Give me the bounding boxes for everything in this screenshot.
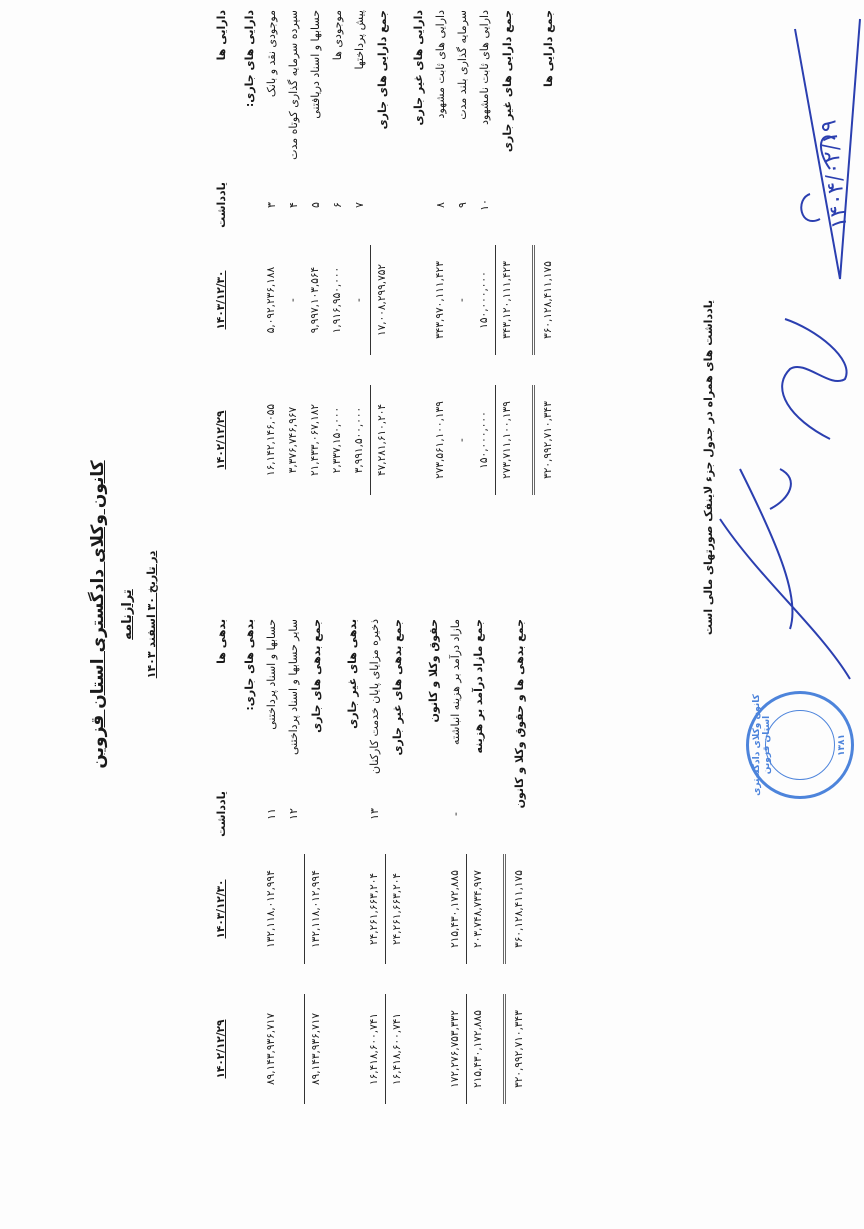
row-label: موجودی نقد و بانک [265,10,278,180]
row-value-1402: ۳,۹۹۱,۵۰۰,۰۰۰ [353,370,365,510]
row-value-1403: ۱۳۲,۱۱۸,۰۱۲,۹۹۴ [265,839,277,979]
row-label: ذخیره مزایای پایان خدمت کارکنان [368,619,381,789]
col-1402-heading: ۱۴۰۲/۱۲/۲۹ [215,370,227,510]
col-1403-heading: ۱۴۰۳/۱۲/۳۰ [215,839,227,979]
row-value-1402: ۱۶,۴۱۸,۶۰۰,۷۴۱ [368,979,380,1119]
total-label: جمع مازاد درآمد بر هزینه [472,619,485,789]
total-1403: ۲۰۳,۷۴۸,۷۳۴,۹۷۷ [472,839,484,979]
noncurrent-liabilities-total: جمع بدهی های غیر جاری ۲۴,۲۶۱,۶۶۳,۲۰۴ ۱۶,… [386,619,408,1209]
row-value-1403: - [456,230,468,370]
table-row: مازاد درآمد بر هزینه انباشته-۲۱۵,۴۳۰,۱۷۲… [444,619,466,1209]
noncurrent-assets-section: دارایی های غیر جاری [407,10,429,620]
note-heading: یادداشت [215,180,228,230]
table-row: سرمایه گذاری بلند مدت۹-- [451,10,473,620]
signature-icon [700,429,860,689]
row-value-1403: ۱,۹۱۶,۹۵۰,۰۰۰ [331,230,343,370]
row-label: پیش پرداختها [353,10,366,180]
liabilities-table: بدهی ها یادداشت ۱۴۰۳/۱۲/۳۰ ۱۴۰۲/۱۲/۲۹ بد… [210,619,530,1209]
stamp-inner-ring [765,710,835,780]
balance-sheet-page: کانون وکلای دادگستری استان قزوین ترازنام… [0,0,864,1229]
liabilities-heading: بدهی ها [215,619,228,789]
noncurrent-assets-total: جمع دارایی های غیر جاری ۳۴۳,۱۲۰,۱۱۱,۴۲۳ … [496,10,518,620]
table-row: دارایی های ثابت نامشهود۱۰۱۵۰,۰۰۰,۰۰۰۱۵۰,… [473,10,495,620]
row-value-1403: ۲۴,۲۶۱,۶۶۳,۲۰۴ [368,839,380,979]
official-stamp: کانون وکلای دادگستری استان قزوین ۱۳۸۱ [746,691,854,799]
section-label: بدهی های جاری: [243,619,256,789]
table-row: موجودی ها۶۱,۹۱۶,۹۵۰,۰۰۰۲,۳۳۷,۱۵۰,۰۰۰ [326,10,348,620]
total-1402: ۱۶,۴۱۸,۶۰۰,۷۴۱ [391,979,403,1119]
equity-section: حقوق وکلا و کانون [422,619,444,1209]
row-value-1403: ۹,۹۹۷,۱۰۳,۵۶۴ [309,230,321,370]
total-label: جمع دارایی های جاری [376,10,389,180]
row-note: ۳ [265,180,278,230]
row-label: حسابها و اسناد پرداختنی [265,619,278,789]
row-label: موجودی ها [331,10,344,180]
total-1402: ۲۱۵,۴۳۰,۱۷۲,۸۸۵ [472,979,484,1119]
row-note: ۸ [434,180,447,230]
row-value-1402: ۲,۳۳۷,۱۵۰,۰۰۰ [331,370,343,510]
row-note: ۷ [353,180,366,230]
handwritten-date: ۱۴۰۴/۰۲/۱۹ [816,119,852,230]
total-1403: ۳۶۰,۱۲۸,۴۱۱,۱۷۵ [513,839,525,979]
equity-total: جمع مازاد درآمد بر هزینه ۲۰۳,۷۴۸,۷۳۴,۹۷۷… [467,619,489,1209]
table-row: ذخیره مزایای پایان خدمت کارکنان۱۳۲۴,۲۶۱,… [363,619,385,1209]
row-value-1403: ۵,۰۹۲,۲۳۶,۱۸۸ [265,230,277,370]
assets-heading: دارایی ها [215,10,228,180]
row-label: حسابها و اسناد دریافتنی [309,10,322,180]
row-value-1402: ۱۶,۱۴۲,۱۴۶,۰۵۵ [265,370,277,510]
row-value-1402: - [456,370,468,510]
row-value-1402: ۲۷۳,۵۶۱,۱۰۰,۱۳۹ [434,370,446,510]
table-row: پیش پرداختها۷-۳,۹۹۱,۵۰۰,۰۰۰ [348,10,370,620]
row-note: ۱۲ [287,789,300,839]
row-value-1402: ۸۹,۱۴۳,۹۳۶,۷۱۷ [265,979,277,1119]
row-value-1402: ۱۷۲,۲۷۶,۷۵۳,۳۳۲ [449,979,461,1119]
total-1402: ۳۲۰,۹۹۲,۷۱۰,۳۴۳ [542,370,554,510]
section-label: بدهی های غیر جاری [346,619,359,789]
col-1402-heading: ۱۴۰۲/۱۲/۲۹ [215,979,227,1119]
stamp-text: کانون وکلای دادگستری استان قزوین [752,694,772,796]
row-note: ۱۱ [265,789,278,839]
row-value-1402: ۳,۳۷۶,۷۴۶,۹۶۷ [287,370,299,510]
table-row: سپرده سرمایه گذاری کوتاه مدت۴-۳,۳۷۶,۷۴۶,… [282,10,304,620]
footer-note: یادداشت های همراه در جدول جزء لاینفک صور… [702,300,715,635]
current-liabilities-total: جمع بدهی های جاری ۱۳۲,۱۱۸,۰۱۲,۹۹۴ ۸۹,۱۴۳… [305,619,327,1209]
total-label: جمع دارایی های غیر جاری [501,10,514,180]
total-1402: ۴۷,۲۸۱,۶۱۰,۲۰۴ [376,370,388,510]
current-assets-section: دارایی های جاری: [238,10,260,620]
table-row: سایر حسابها و اسناد پرداختنی۱۲ [282,619,304,1209]
row-value-1403: - [287,230,299,370]
assets-table: دارایی ها یادداشت ۱۴۰۳/۱۲/۳۰ ۱۴۰۲/۱۲/۲۹ … [210,10,559,620]
total-1403: ۱۷,۰۰۸,۲۹۹,۷۵۲ [376,230,388,370]
assets-header: دارایی ها یادداشت ۱۴۰۳/۱۲/۳۰ ۱۴۰۲/۱۲/۲۹ [210,10,232,620]
table-row: موجودی نقد و بانک۳۵,۰۹۲,۲۳۶,۱۸۸۱۶,۱۴۲,۱۴… [260,10,282,620]
total-label: جمع بدهی های غیر جاری [391,619,404,789]
row-note: ۵ [309,180,322,230]
row-label: سرمایه گذاری بلند مدت [456,10,469,180]
section-label: دارایی های غیر جاری [412,10,425,180]
document-title: کانون وکلای دادگستری استان قزوین [88,0,108,1229]
row-label: سپرده سرمایه گذاری کوتاه مدت [287,10,300,180]
noncurrent-liabilities-section: بدهی های غیر جاری [341,619,363,1209]
row-note: ۹ [456,180,469,230]
row-note: - [449,789,462,839]
row-label: دارایی های ثابت مشهود [434,10,447,180]
section-label: حقوق وکلا و کانون [427,619,440,789]
row-label: سایر حسابها و اسناد پرداختنی [287,619,300,789]
total-1403: ۱۳۲,۱۱۸,۰۱۲,۹۹۴ [310,839,322,979]
row-value-1403: - [353,230,365,370]
document-date: در تاریخ ۳۰ اسفند ۱۴۰۳ [145,0,158,1229]
total-label: جمع بدهی ها و حقوق وکلا و کانون [513,619,526,789]
total-1402: ۸۹,۱۴۳,۹۳۶,۷۱۷ [310,979,322,1119]
document-subtitle: ترازنامه [120,0,135,1229]
row-value-1403: ۲۱۵,۴۳۰,۱۷۲,۸۸۵ [449,839,461,979]
section-label: دارایی های جاری: [243,10,256,180]
total-assets: جمع دارایی ها ۳۶۰,۱۲۸,۴۱۱,۱۷۵ ۳۲۰,۹۹۲,۷۱… [537,10,559,620]
total-1402: ۲۷۳,۷۱۱,۱۰۰,۱۳۹ [501,370,513,510]
row-value-1403: ۱۵۰,۰۰۰,۰۰۰ [478,230,490,370]
row-value-1402: ۲۱,۴۳۳,۰۶۷,۱۸۲ [309,370,321,510]
row-value-1403: ۳۴۳,۹۷۰,۱۱۱,۴۲۳ [434,230,446,370]
current-assets-total: جمع دارایی های جاری ۱۷,۰۰۸,۲۹۹,۷۵۲ ۴۷,۲۸… [371,10,393,620]
total-liabilities-equity: جمع بدهی ها و حقوق وکلا و کانون ۳۶۰,۱۲۸,… [508,619,530,1209]
table-row: حسابها و اسناد دریافتنی۵۹,۹۹۷,۱۰۳,۵۶۴۲۱,… [304,10,326,620]
stamp-number: ۱۳۸۱ [837,694,847,796]
total-1403: ۳۶۰,۱۲۸,۴۱۱,۱۷۵ [542,230,554,370]
total-label: جمع بدهی های جاری [310,619,323,789]
col-1403-heading: ۱۴۰۳/۱۲/۳۰ [215,230,227,370]
signature-icon [740,289,860,449]
table-row: حسابها و اسناد پرداختنی۱۱۱۳۲,۱۱۸,۰۱۲,۹۹۴… [260,619,282,1209]
row-label: دارایی های ثابت نامشهود [478,10,491,180]
table-row: دارایی های ثابت مشهود۸۳۴۳,۹۷۰,۱۱۱,۴۲۳۲۷۳… [429,10,451,620]
total-label: جمع دارایی ها [542,10,555,180]
row-note: ۱۳ [368,789,381,839]
current-liabilities-section: بدهی های جاری: [238,619,260,1209]
total-1403: ۲۴,۲۶۱,۶۶۳,۲۰۴ [391,839,403,979]
row-note: ۴ [287,180,300,230]
row-note: ۱۰ [478,180,491,230]
liabilities-header: بدهی ها یادداشت ۱۴۰۳/۱۲/۳۰ ۱۴۰۲/۱۲/۲۹ [210,619,232,1209]
row-label: مازاد درآمد بر هزینه انباشته [449,619,462,789]
row-value-1402: ۱۵۰,۰۰۰,۰۰۰ [478,370,490,510]
row-note: ۶ [331,180,344,230]
note-heading: یادداشت [215,789,228,839]
total-1403: ۳۴۳,۱۲۰,۱۱۱,۴۲۳ [501,230,513,370]
document-header: کانون وکلای دادگستری استان قزوین ترازنام… [88,0,158,1229]
total-1402: ۳۲۰,۹۹۲,۷۱۰,۳۴۳ [513,979,525,1119]
